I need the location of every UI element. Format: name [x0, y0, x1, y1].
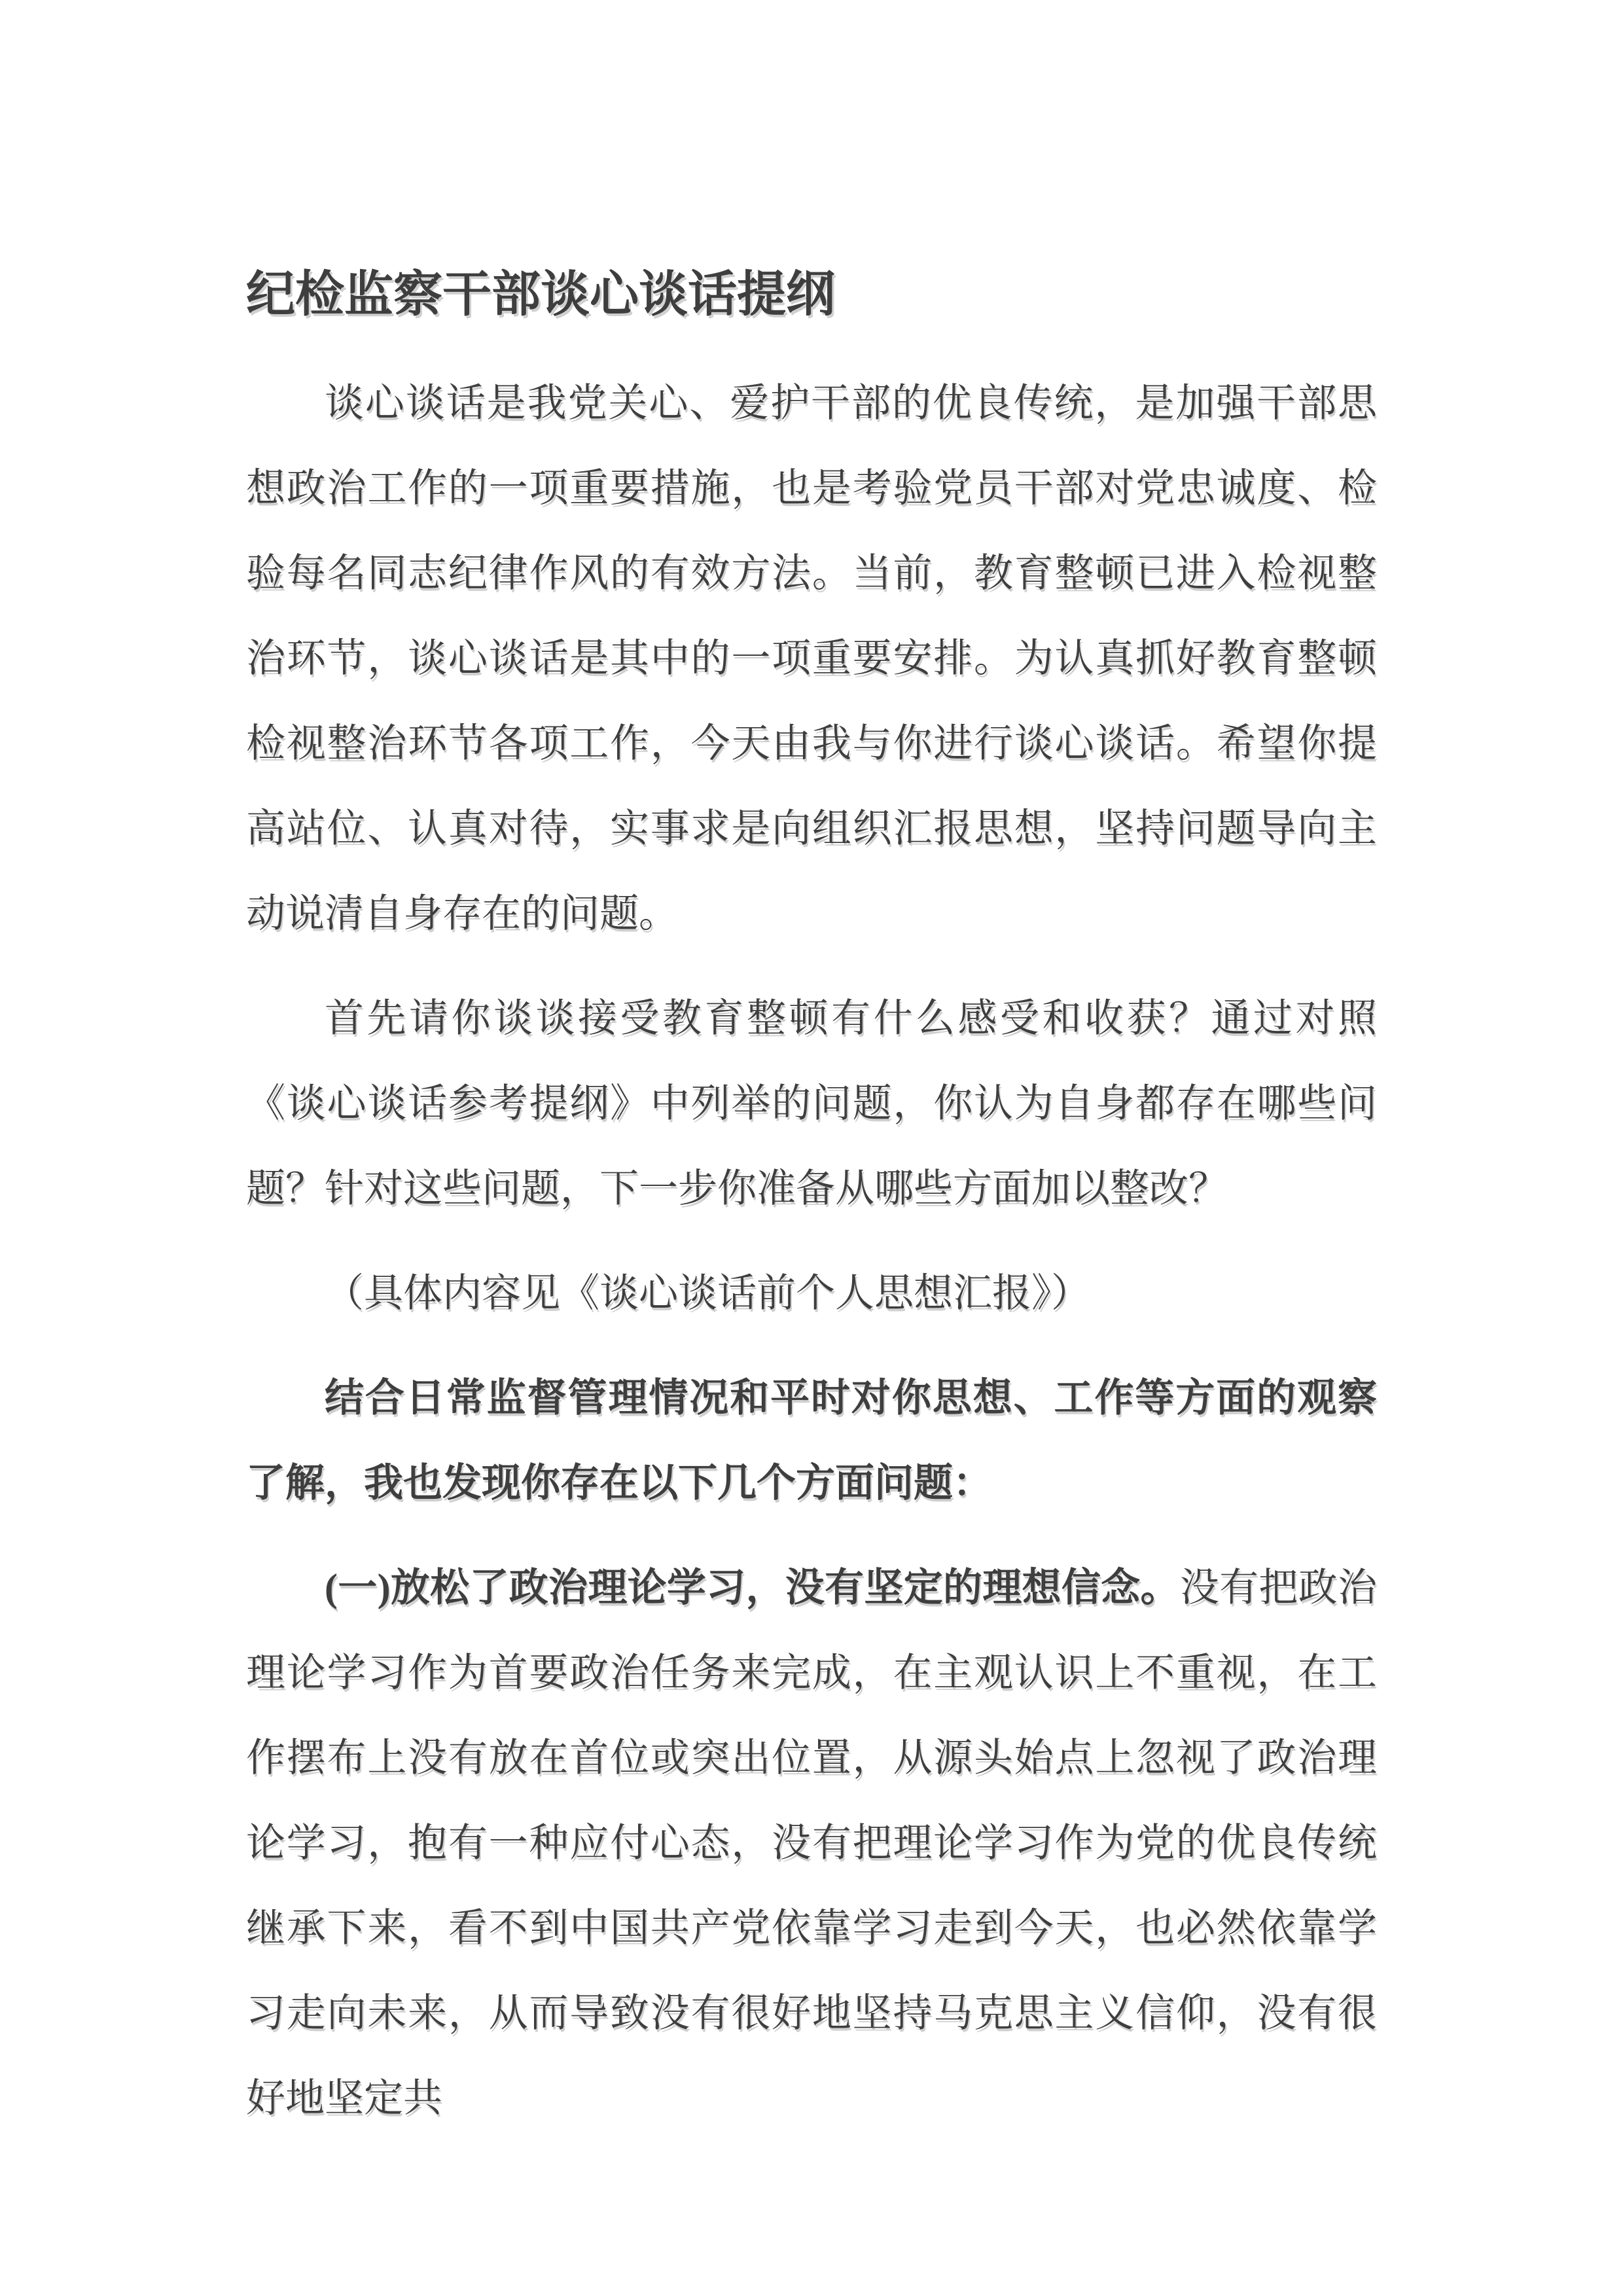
paragraph-findings-intro: 结合日常监督管理情况和平时对你思想、工作等方面的观察了解，我也发现你存在以下几个… — [246, 1355, 1377, 1526]
document-title: 纪检监察干部谈心谈话提纲 — [246, 263, 1377, 325]
paragraph-questions: 首先请你谈谈接受教育整顿有什么感受和收获？通过对照《谈心谈话参考提纲》中列举的问… — [246, 976, 1377, 1231]
paragraph-reference-note: （具体内容见《谈心谈话前个人思想汇报》） — [246, 1251, 1377, 1336]
paragraph-intro: 谈心谈话是我党关心、爱护干部的优良传统，是加强干部思想政治工作的一项重要措施，也… — [246, 361, 1377, 956]
paragraph-issue-one: (一)放松了政治理论学习，没有坚定的理想信念。没有把政治理论学习作为首要政治任务… — [246, 1545, 1377, 2141]
paragraph-issue-one-heading: (一)放松了政治理论学习，没有坚定的理想信念。 — [325, 1566, 1180, 1609]
paragraph-issue-one-body: 没有把政治理论学习作为首要政治任务来完成，在主观认识上不重视，在工作摆布上没有放… — [246, 1566, 1377, 2120]
document-page: 纪检监察干部谈心谈话提纲 谈心谈话是我党关心、爱护干部的优良传统，是加强干部思想… — [0, 0, 1623, 2296]
